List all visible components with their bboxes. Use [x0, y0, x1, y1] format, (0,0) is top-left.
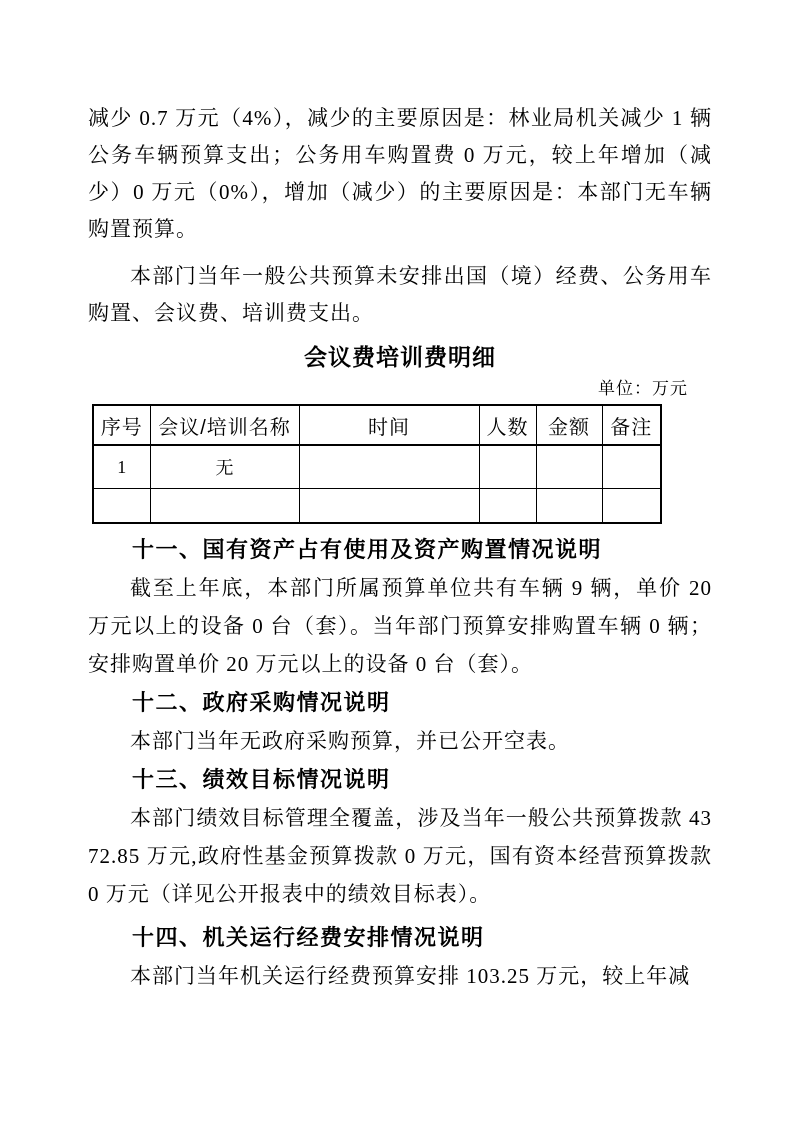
section-body: 截至上年底，本部门所属预算单位共有车辆 9 辆，单价 20 万元以上的设备 0 … — [88, 569, 712, 683]
section-gov-procurement: 十二、政府采购情况说明 本部门当年无政府采购预算，并已公开空表。 — [88, 684, 712, 760]
table-cell — [536, 489, 602, 524]
table-row: 1 无 — [93, 445, 661, 489]
header-cell-index: 序号 — [93, 405, 150, 445]
header-cell-time: 时间 — [299, 405, 479, 445]
table-cell: 无 — [150, 445, 299, 489]
section-heading: 十二、政府采购情况说明 — [88, 684, 712, 722]
page-content: 减少 0.7 万元（4%），减少的主要原因是：林业局机关减少 1 辆公务车辆预算… — [88, 0, 712, 995]
section-heading: 十三、绩效目标情况说明 — [88, 761, 712, 799]
table-row — [93, 489, 661, 524]
header-cell-people: 人数 — [479, 405, 536, 445]
section-body: 本部门绩效目标管理全覆盖，涉及当年一般公共预算拨款 4372.85 万元,政府性… — [88, 799, 712, 913]
table-cell — [299, 489, 479, 524]
table-cell — [479, 489, 536, 524]
paragraph-vehicle-budget: 减少 0.7 万元（4%），减少的主要原因是：林业局机关减少 1 辆公务车辆预算… — [88, 100, 712, 248]
document-page: 减少 0.7 万元（4%），减少的主要原因是：林业局机关减少 1 辆公务车辆预算… — [0, 0, 793, 1122]
header-cell-remark: 备注 — [602, 405, 661, 445]
section-body: 本部门当年机关运行经费预算安排 103.25 万元，较上年减 — [88, 957, 712, 995]
table-cell — [93, 489, 150, 524]
table-cell — [479, 445, 536, 489]
section-performance-targets: 十三、绩效目标情况说明 本部门绩效目标管理全覆盖，涉及当年一般公共预算拨款 43… — [88, 761, 712, 913]
section-heading: 十四、机关运行经费安排情况说明 — [88, 919, 712, 957]
fees-table: 序号 会议/培训名称 时间 人数 金额 备注 1 无 — [92, 404, 662, 524]
table-cell — [602, 489, 661, 524]
section-heading: 十一、国有资产占有使用及资产购置情况说明 — [88, 531, 712, 569]
paragraph-no-expense: 本部门当年一般公共预算未安排出国（境）经费、公务用车购置、会议费、培训费支出。 — [88, 258, 712, 332]
table-cell — [150, 489, 299, 524]
unit-label: 单位：万元 — [88, 378, 712, 400]
table-header-row: 序号 会议/培训名称 时间 人数 金额 备注 — [93, 405, 661, 445]
table-cell — [299, 445, 479, 489]
table-cell: 1 — [93, 445, 150, 489]
section-state-assets: 十一、国有资产占有使用及资产购置情况说明 截至上年底，本部门所属预算单位共有车辆… — [88, 531, 712, 683]
fees-table-title: 会议费培训费明细 — [88, 338, 712, 376]
header-cell-amount: 金额 — [536, 405, 602, 445]
section-operating-expenses: 十四、机关运行经费安排情况说明 本部门当年机关运行经费预算安排 103.25 万… — [88, 919, 712, 995]
table-cell — [602, 445, 661, 489]
header-cell-name: 会议/培训名称 — [150, 405, 299, 445]
table-cell — [536, 445, 602, 489]
section-body: 本部门当年无政府采购预算，并已公开空表。 — [88, 722, 712, 760]
